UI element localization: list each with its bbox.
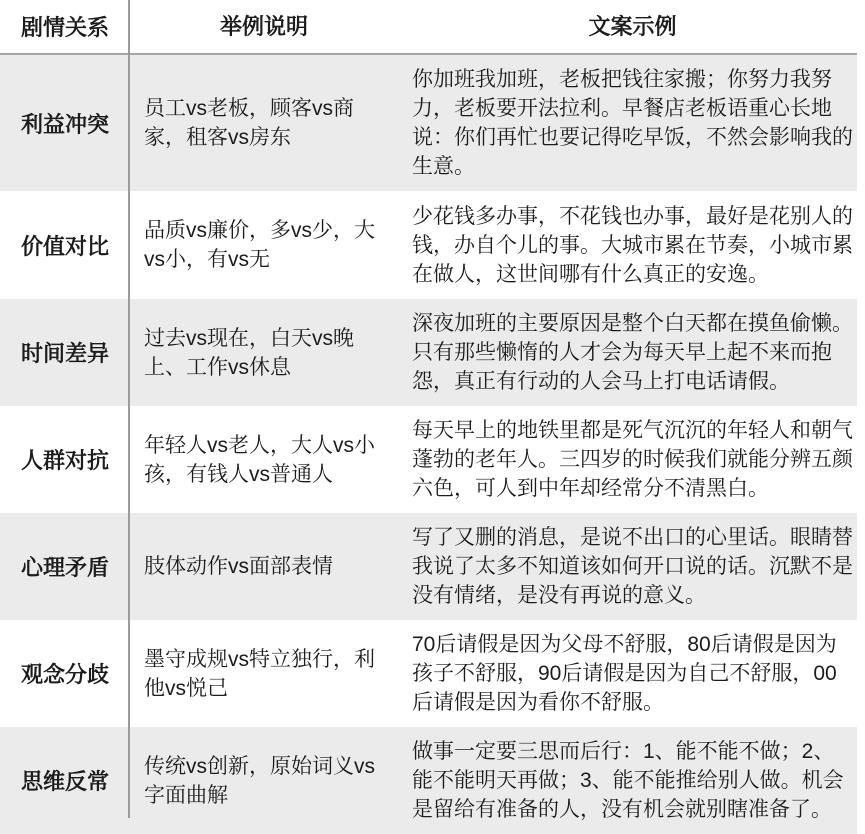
header-relation: 剧情关系 xyxy=(0,0,130,53)
example-cell: 传统vs创新，原始词义vs字面曲解 xyxy=(130,727,392,834)
relation-cell: 价值对比 xyxy=(0,191,130,299)
copy-cell: 深夜加班的主要原因是整个白天都在摸鱼偷懒。只有那些懒惰的人才会为每天早上起不来而… xyxy=(392,299,857,406)
example-cell: 年轻人vs老人，大人vs小孩，有钱人vs普通人 xyxy=(130,406,392,513)
header-copy: 文案示例 xyxy=(392,0,857,53)
relation-cell: 利益冲突 xyxy=(0,55,130,191)
copy-cell: 每天早上的地铁里都是死气沉沉的年轻人和朝气蓬勃的老年人。三四岁的时候我们就能分辨… xyxy=(392,406,857,513)
example-cell: 墨守成规vs特立独行，利他vs悦己 xyxy=(130,620,392,727)
relation-cell: 时间差异 xyxy=(0,299,130,406)
column-divider xyxy=(128,0,130,818)
plot-relationship-table: 剧情关系 举例说明 文案示例 利益冲突 员工vs老板，顾客vs商家，租客vs房东… xyxy=(0,0,857,818)
relation-cell: 观念分歧 xyxy=(0,620,130,727)
header-example: 举例说明 xyxy=(130,0,392,53)
example-cell: 品质vs廉价，多vs少，大vs小，有vs无 xyxy=(130,191,392,299)
relation-cell: 心理矛盾 xyxy=(0,513,130,620)
copy-cell: 70后请假是因为父母不舒服，80后请假是因为孩子不舒服，90后请假是因为自己不舒… xyxy=(392,620,857,727)
copy-cell: 你加班我加班，老板把钱往家搬；你努力我努力，老板要开法拉利。早餐店老板语重心长地… xyxy=(392,55,857,191)
relation-cell: 人群对抗 xyxy=(0,406,130,513)
example-cell: 员工vs老板，顾客vs商家，租客vs房东 xyxy=(130,55,392,191)
copy-cell: 写了又删的消息，是说不出口的心里话。眼睛替我说了太多不知道该如何开口说的话。沉默… xyxy=(392,513,857,620)
copy-cell: 做事一定要三思而后行：1、能不能不做；2、能不能明天再做；3、能不能推给别人做。… xyxy=(392,727,857,834)
relation-cell: 思维反常 xyxy=(0,727,130,834)
example-cell: 过去vs现在，白天vs晚上、工作vs休息 xyxy=(130,299,392,406)
copy-cell: 少花钱多办事，不花钱也办事，最好是花别人的钱，办自个儿的事。大城市累在节奏，小城… xyxy=(392,191,857,299)
example-cell: 肢体动作vs面部表情 xyxy=(130,513,392,620)
